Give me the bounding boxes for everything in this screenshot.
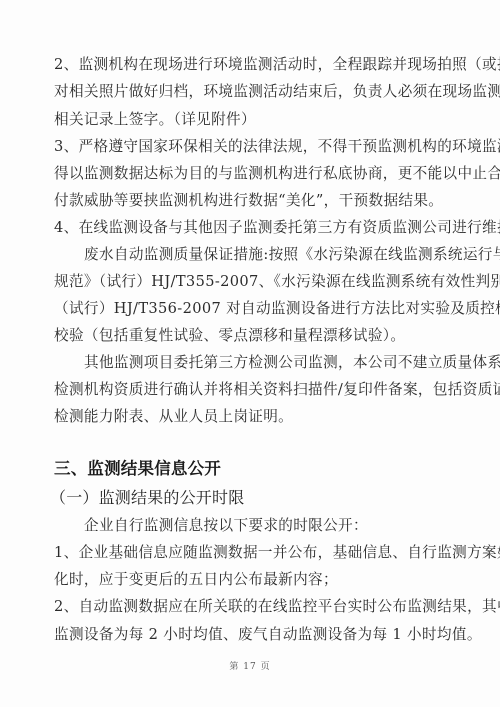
paragraph-line: 废水自动监测质量保证措施:按照《水污染源在线监测系统运行与考核技术 <box>84 246 458 264</box>
paragraph-line: 1、企业基础信息应随监测数据一并公布，基础信息、自行监测方案如有调整变 <box>54 544 458 562</box>
section-heading: 三、监测结果信息公开 <box>54 459 221 479</box>
paragraph-line: 监测设备为每 2 小时均值、废气自动监测设备为每 1 小时均值。 <box>54 626 458 644</box>
paragraph-line: 检测机构资质进行确认并将相关资料扫描件/复印件备案，包括资质证书、资质 <box>54 381 458 399</box>
paragraph-line: 校验（包括重复性试验、零点漂移和量程漂移试验）。 <box>54 327 458 345</box>
paragraph-line: 付款威胁等要挟监测机构进行数据“美化”，干预数据结果。 <box>54 192 458 210</box>
document-page: 2、监测机构在现场进行环境监测活动时，全程跟踪并现场拍照（或拍摄视频）， 对相关… <box>0 0 500 707</box>
paragraph-line: 检测能力附表、从业人员上岗证明。 <box>54 408 458 426</box>
paragraph-line: 4、在线监测设备与其他因子监测委托第三方有资质监测公司进行维护和监测。 <box>54 219 458 237</box>
paragraph-line: 相关记录上签字。（详见附件） <box>54 111 458 129</box>
subsection-heading: （一）监测结果的公开时限 <box>50 488 244 508</box>
paragraph-line: 化时，应于变更后的五日内公布最新内容； <box>54 571 458 589</box>
page-number: 第 17 页 <box>0 659 500 672</box>
paragraph-line: 规范》（试行）HJ/T355-2007、《水污染源在线监测系统有效性判别技术规范… <box>54 273 458 291</box>
paragraph-line: 对相关照片做好归档，环境监测活动结束后，负责人必须在现场监测（采集） <box>54 83 458 101</box>
paragraph-line: （试行）HJ/T356-2007 对自动监测设备进行方法比对实验及质控样试验、现… <box>54 300 458 318</box>
paragraph-line: 得以监测数据达标为目的与监测机构进行私底协商，更不能以中止合同、拒绝 <box>54 165 458 183</box>
paragraph-line: 2、监测机构在现场进行环境监测活动时，全程跟踪并现场拍照（或拍摄视频）， <box>54 56 458 74</box>
paragraph-line: 其他监测项目委托第三方检测公司监测，本公司不建立质量体系，但已对 <box>84 354 458 372</box>
paragraph-line: 3、严格遵守国家环保相关的法律法规，不得干预监测机构的环境监测活动，不 <box>54 138 458 156</box>
paragraph-line: 企业自行监测信息按以下要求的时限公开： <box>84 517 458 535</box>
paragraph-line: 2、自动监测数据应在所关联的在线监控平台实时公布监测结果，其中废水自动 <box>54 598 458 616</box>
